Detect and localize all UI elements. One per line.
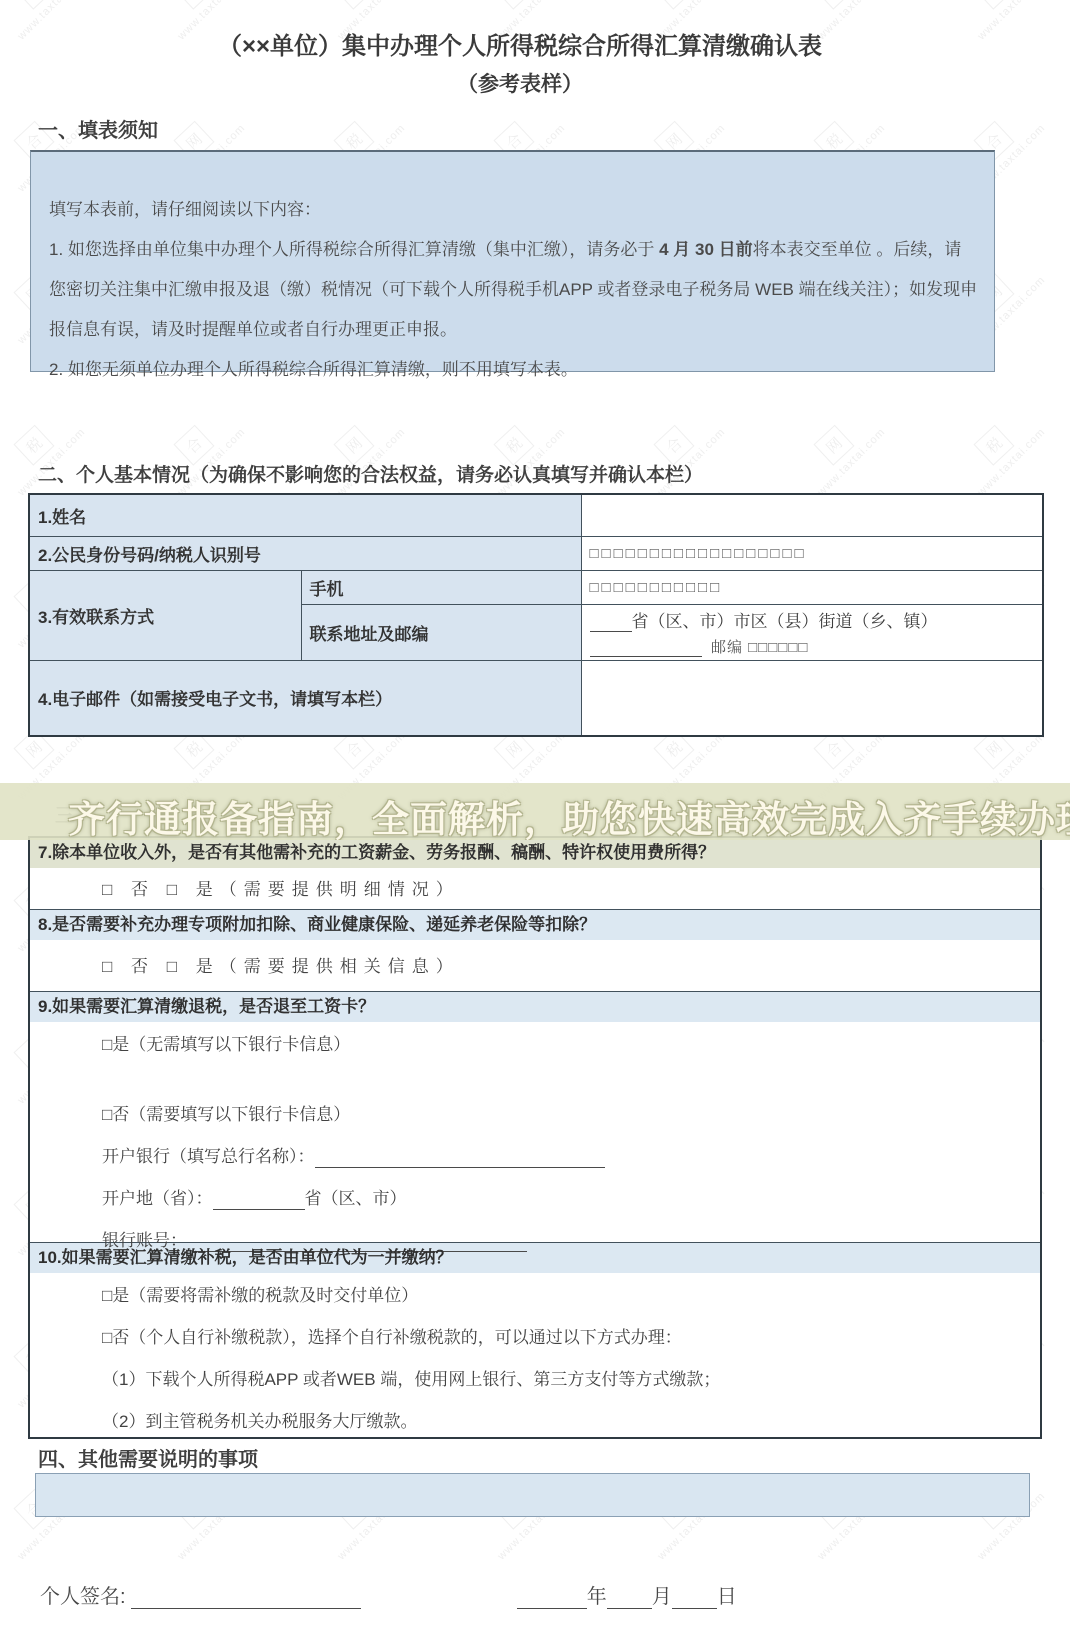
question9-bank-field: 开户银行（填写总行名称）： bbox=[102, 1146, 1032, 1168]
id-digit-boxes: □□□□□□□□□□□□□□□□□□ bbox=[590, 545, 807, 562]
notice-item-1: 1. 如您选择由单位集中办理个人所得税综合所得汇算清缴（集中汇缴），请务必于 4… bbox=[49, 230, 978, 350]
address-input-cell[interactable]: 省（区、市）市区（县）街道（乡、镇） 邮编 □□□□□□ bbox=[581, 604, 1043, 660]
year-input[interactable] bbox=[517, 1587, 587, 1609]
watermark-glyph: 合 bbox=[654, 0, 695, 9]
mobile-digit-boxes: □□□□□□□□□□□ bbox=[590, 579, 723, 596]
question10-answer-block: □是（需要将需补缴的税款及时交付单位） □否（个人自行补缴税款），选择个自行补缴… bbox=[30, 1273, 1040, 1437]
bank-place-input[interactable] bbox=[213, 1191, 305, 1210]
watermark-glyph: 税 bbox=[14, 0, 55, 9]
watermark-glyph: 税 bbox=[974, 0, 1015, 9]
questions-table: 7.除本单位收入外，是否有其他需补充的工资薪金、劳务报酬、稿酬、特许权使用费所得… bbox=[28, 836, 1042, 1439]
blank-line[interactable] bbox=[590, 613, 632, 632]
question9-answer-block: □是（无需填写以下银行卡信息） □否（需要填写以下银行卡信息） 开户银行（填写总… bbox=[30, 1022, 1040, 1242]
address-line1: 省（区、市）市区（县）街道（乡、镇） bbox=[590, 607, 1035, 632]
form-title: （××单位）集中办理个人所得税综合所得汇算清缴确认表 bbox=[0, 26, 1040, 61]
other-notes-box[interactable] bbox=[35, 1473, 1030, 1517]
table-row: 3.有效联系方式 手机 □□□□□□□□□□□ bbox=[29, 570, 1043, 604]
question9-place-field: 开户地（省）：省（区、市） bbox=[102, 1188, 1032, 1210]
contact-label: 3.有效联系方式 bbox=[29, 570, 301, 660]
section4-heading: 四、其他需要说明的事项 bbox=[38, 1443, 258, 1472]
signature-input[interactable] bbox=[131, 1587, 361, 1609]
email-label: 4.电子邮件（如需接受电子文书，请填写本栏） bbox=[29, 660, 581, 736]
notice-box: 填写本表前，请仔细阅读以下内容： 1. 如您选择由单位集中办理个人所得税综合所得… bbox=[30, 150, 995, 372]
table-row: 2.公民身份号码/纳税人识别号 □□□□□□□□□□□□□□□□□□ bbox=[29, 536, 1043, 570]
notice-item-2: 2. 如您无须单位办理个人所得税综合所得汇算清缴，则不用填写本表。 bbox=[49, 350, 978, 390]
table-row: 4.电子邮件（如需接受电子文书，请填写本栏） bbox=[29, 660, 1043, 736]
question7-title: 7.除本单位收入外，是否有其他需补充的工资薪金、劳务报酬、稿酬、特许权使用费所得… bbox=[30, 838, 1040, 868]
signature-label: 个人签名: bbox=[40, 1586, 126, 1608]
question10-option-no[interactable]: □否（个人自行补缴税款），选择个自行补缴税款的，可以通过以下方式办理： bbox=[102, 1327, 1032, 1349]
question10-option-yes[interactable]: □是（需要将需补缴的税款及时交付单位） bbox=[102, 1285, 1032, 1307]
mobile-label: 手机 bbox=[301, 570, 581, 604]
date-fields: 年月日 bbox=[517, 1586, 737, 1608]
month-input[interactable] bbox=[607, 1587, 652, 1609]
address-line1-text: 省（区、市）市区（县）街道（乡、镇） bbox=[632, 612, 938, 631]
address-label: 联系地址及邮编 bbox=[301, 604, 581, 660]
question9-title: 9.如果需要汇算清缴退税，是否退至工资卡？ bbox=[30, 991, 1040, 1022]
postcode-boxes: 邮编 □□□□□□ bbox=[711, 639, 809, 656]
question10-method2: （2）到主管税务机关办税服务大厅缴款。 bbox=[102, 1411, 1032, 1433]
bank-name-label: 开户银行（填写总行名称）： bbox=[102, 1147, 315, 1166]
question8-title: 8.是否需要补充办理专项附加扣除、商业健康保险、递延养老保险等扣除？ bbox=[30, 909, 1040, 940]
watermark-glyph: 网 bbox=[334, 0, 375, 9]
email-input-cell[interactable] bbox=[581, 660, 1043, 736]
form-page: 税www.taxtai.com合www.taxtai.com网www.taxta… bbox=[0, 0, 1070, 1635]
watermark-glyph: 网 bbox=[814, 0, 855, 9]
watermark-glyph: 网 bbox=[814, 424, 855, 465]
section1-heading: 一、填表须知 bbox=[38, 114, 158, 143]
blank-line[interactable] bbox=[590, 638, 702, 657]
form-subtitle: （参考表样） bbox=[0, 68, 1040, 98]
watermark-glyph: 税 bbox=[494, 0, 535, 9]
question7-answer-options[interactable]: □ 否 □ 是（需要提供明细情况） bbox=[30, 868, 1040, 909]
question8-answer-options[interactable]: □ 否 □ 是（需要提供相关信息） bbox=[30, 940, 1040, 991]
id-number-input-cell[interactable]: □□□□□□□□□□□□□□□□□□ bbox=[581, 536, 1043, 570]
notice-intro: 填写本表前，请仔细阅读以下内容： bbox=[49, 190, 978, 230]
promo-banner: 齐行通报备指南，全面解析，助您快速高效完成入齐手续办理 bbox=[0, 783, 1070, 840]
address-line2: 邮编 □□□□□□ bbox=[590, 636, 1035, 657]
table-row: 1.姓名 bbox=[29, 494, 1043, 536]
mobile-input-cell[interactable]: □□□□□□□□□□□ bbox=[581, 570, 1043, 604]
question10-method1: （1）下载个人所得税APP 或者WEB 端，使用网上银行、第三方支付等方式缴款； bbox=[102, 1369, 1032, 1391]
bank-name-input[interactable] bbox=[315, 1149, 605, 1168]
id-number-label: 2.公民身份号码/纳税人识别号 bbox=[29, 536, 581, 570]
name-label: 1.姓名 bbox=[29, 494, 581, 536]
day-label: 日 bbox=[717, 1586, 737, 1608]
question9-option-no[interactable]: □否（需要填写以下银行卡信息） bbox=[102, 1104, 1032, 1126]
day-input[interactable] bbox=[672, 1587, 717, 1609]
question10-title: 10.如果需要汇算清缴补税，是否由单位代为一并缴纳？ bbox=[30, 1242, 1040, 1273]
watermark-glyph: 税 bbox=[974, 424, 1015, 465]
bank-place-label: 开户地（省）： bbox=[102, 1189, 213, 1208]
watermark-glyph: 合 bbox=[174, 0, 215, 9]
name-input-cell[interactable] bbox=[581, 494, 1043, 536]
section2-heading: 二、个人基本情况（为确保不影响您的合法权益，请务必认真填写并确认本栏） bbox=[38, 460, 703, 487]
personal-info-table: 1.姓名 2.公民身份号码/纳税人识别号 □□□□□□□□□□□□□□□□□□ … bbox=[28, 493, 1044, 737]
promo-banner-text: 齐行通报备指南，全面解析，助您快速高效完成入齐手续办理 bbox=[68, 789, 1070, 840]
signature-row: 个人签名: 年月日 bbox=[40, 1580, 1040, 1609]
month-label: 月 bbox=[652, 1586, 672, 1608]
year-label: 年 bbox=[587, 1586, 607, 1608]
notice-item1-deadline: 4 月 30 日前 bbox=[659, 240, 753, 259]
notice-item1-pre: 1. 如您选择由单位集中办理个人所得税综合所得汇算清缴（集中汇缴），请务必于 bbox=[49, 240, 659, 259]
question9-option-yes[interactable]: □是（无需填写以下银行卡信息） bbox=[102, 1034, 1032, 1056]
bank-place-suffix: 省（区、市） bbox=[305, 1189, 407, 1208]
